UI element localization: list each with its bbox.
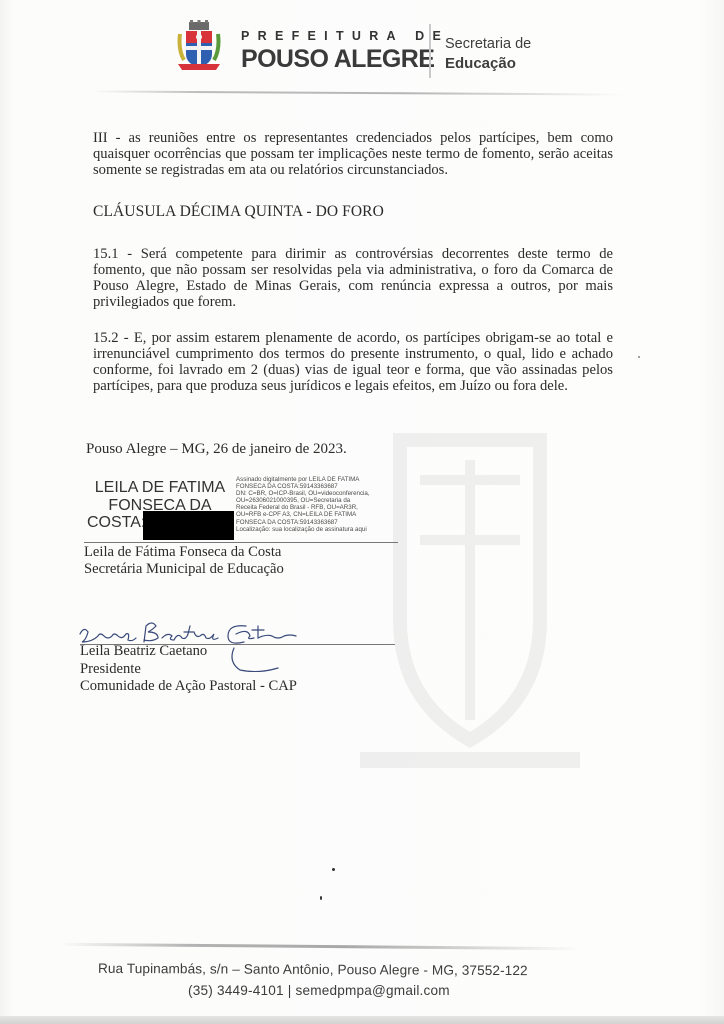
header-divider bbox=[429, 24, 431, 78]
secretaria-label: Secretaria de bbox=[445, 36, 531, 52]
city-coat-of-arms-icon bbox=[176, 20, 222, 74]
paragraph-iii: III - as reuniões entre os representante… bbox=[93, 130, 613, 178]
document-page: PREFEITURA DE POUSO ALEGRE Secretaria de… bbox=[0, 0, 724, 1024]
city-name: POUSO ALEGRE bbox=[241, 45, 434, 74]
digital-signature-name-line: LEILA DE FATIMA bbox=[86, 479, 234, 497]
scan-speck bbox=[320, 896, 322, 900]
digital-signature-details: Assinado digitalmente por LEILA DE FATIM… bbox=[236, 476, 406, 533]
signature-line bbox=[84, 542, 398, 543]
signatory-name: Leila de Fátima Fonseca da Costa bbox=[84, 544, 284, 561]
crest-watermark-icon bbox=[360, 400, 580, 780]
footer-rule bbox=[60, 943, 580, 951]
signatory-block: Leila Beatriz Caetano Presidente Comunid… bbox=[80, 643, 297, 696]
secretaria-name: Educação bbox=[445, 55, 516, 72]
clause-15-1: 15.1 - Será competente para dirimir as c… bbox=[93, 246, 613, 310]
signatory-role: Secretária Municipal de Educação bbox=[84, 561, 284, 578]
header-rule bbox=[92, 90, 622, 95]
page-edge bbox=[0, 1016, 724, 1024]
footer-address: Rua Tupinambás, s/n – Santo Antônio, Pou… bbox=[98, 961, 528, 978]
signatory-organization: Comunidade de Ação Pastoral - CAP bbox=[80, 678, 297, 696]
scan-speck bbox=[332, 868, 335, 871]
footer-contact: (35) 3449-4101 | semedpmpa@gmail.com bbox=[188, 983, 450, 998]
signatory-role: Presidente bbox=[80, 661, 297, 679]
signatory-block: Leila de Fátima Fonseca da Costa Secretá… bbox=[84, 544, 284, 578]
date-line: Pouso Alegre – MG, 26 de janeiro de 2023… bbox=[86, 441, 347, 458]
prefeitura-label: PREFEITURA DE bbox=[241, 29, 449, 43]
clause-15-2: 15.2 - E, por assim estarem plenamente d… bbox=[93, 330, 613, 394]
clause-heading: CLÁUSULA DÉCIMA QUINTA - DO FORO bbox=[93, 203, 384, 221]
scan-speck bbox=[638, 356, 640, 358]
signatory-name: Leila Beatriz Caetano bbox=[80, 643, 297, 661]
redaction-box bbox=[143, 511, 234, 540]
letterhead: PREFEITURA DE POUSO ALEGRE Secretaria de… bbox=[172, 18, 572, 80]
